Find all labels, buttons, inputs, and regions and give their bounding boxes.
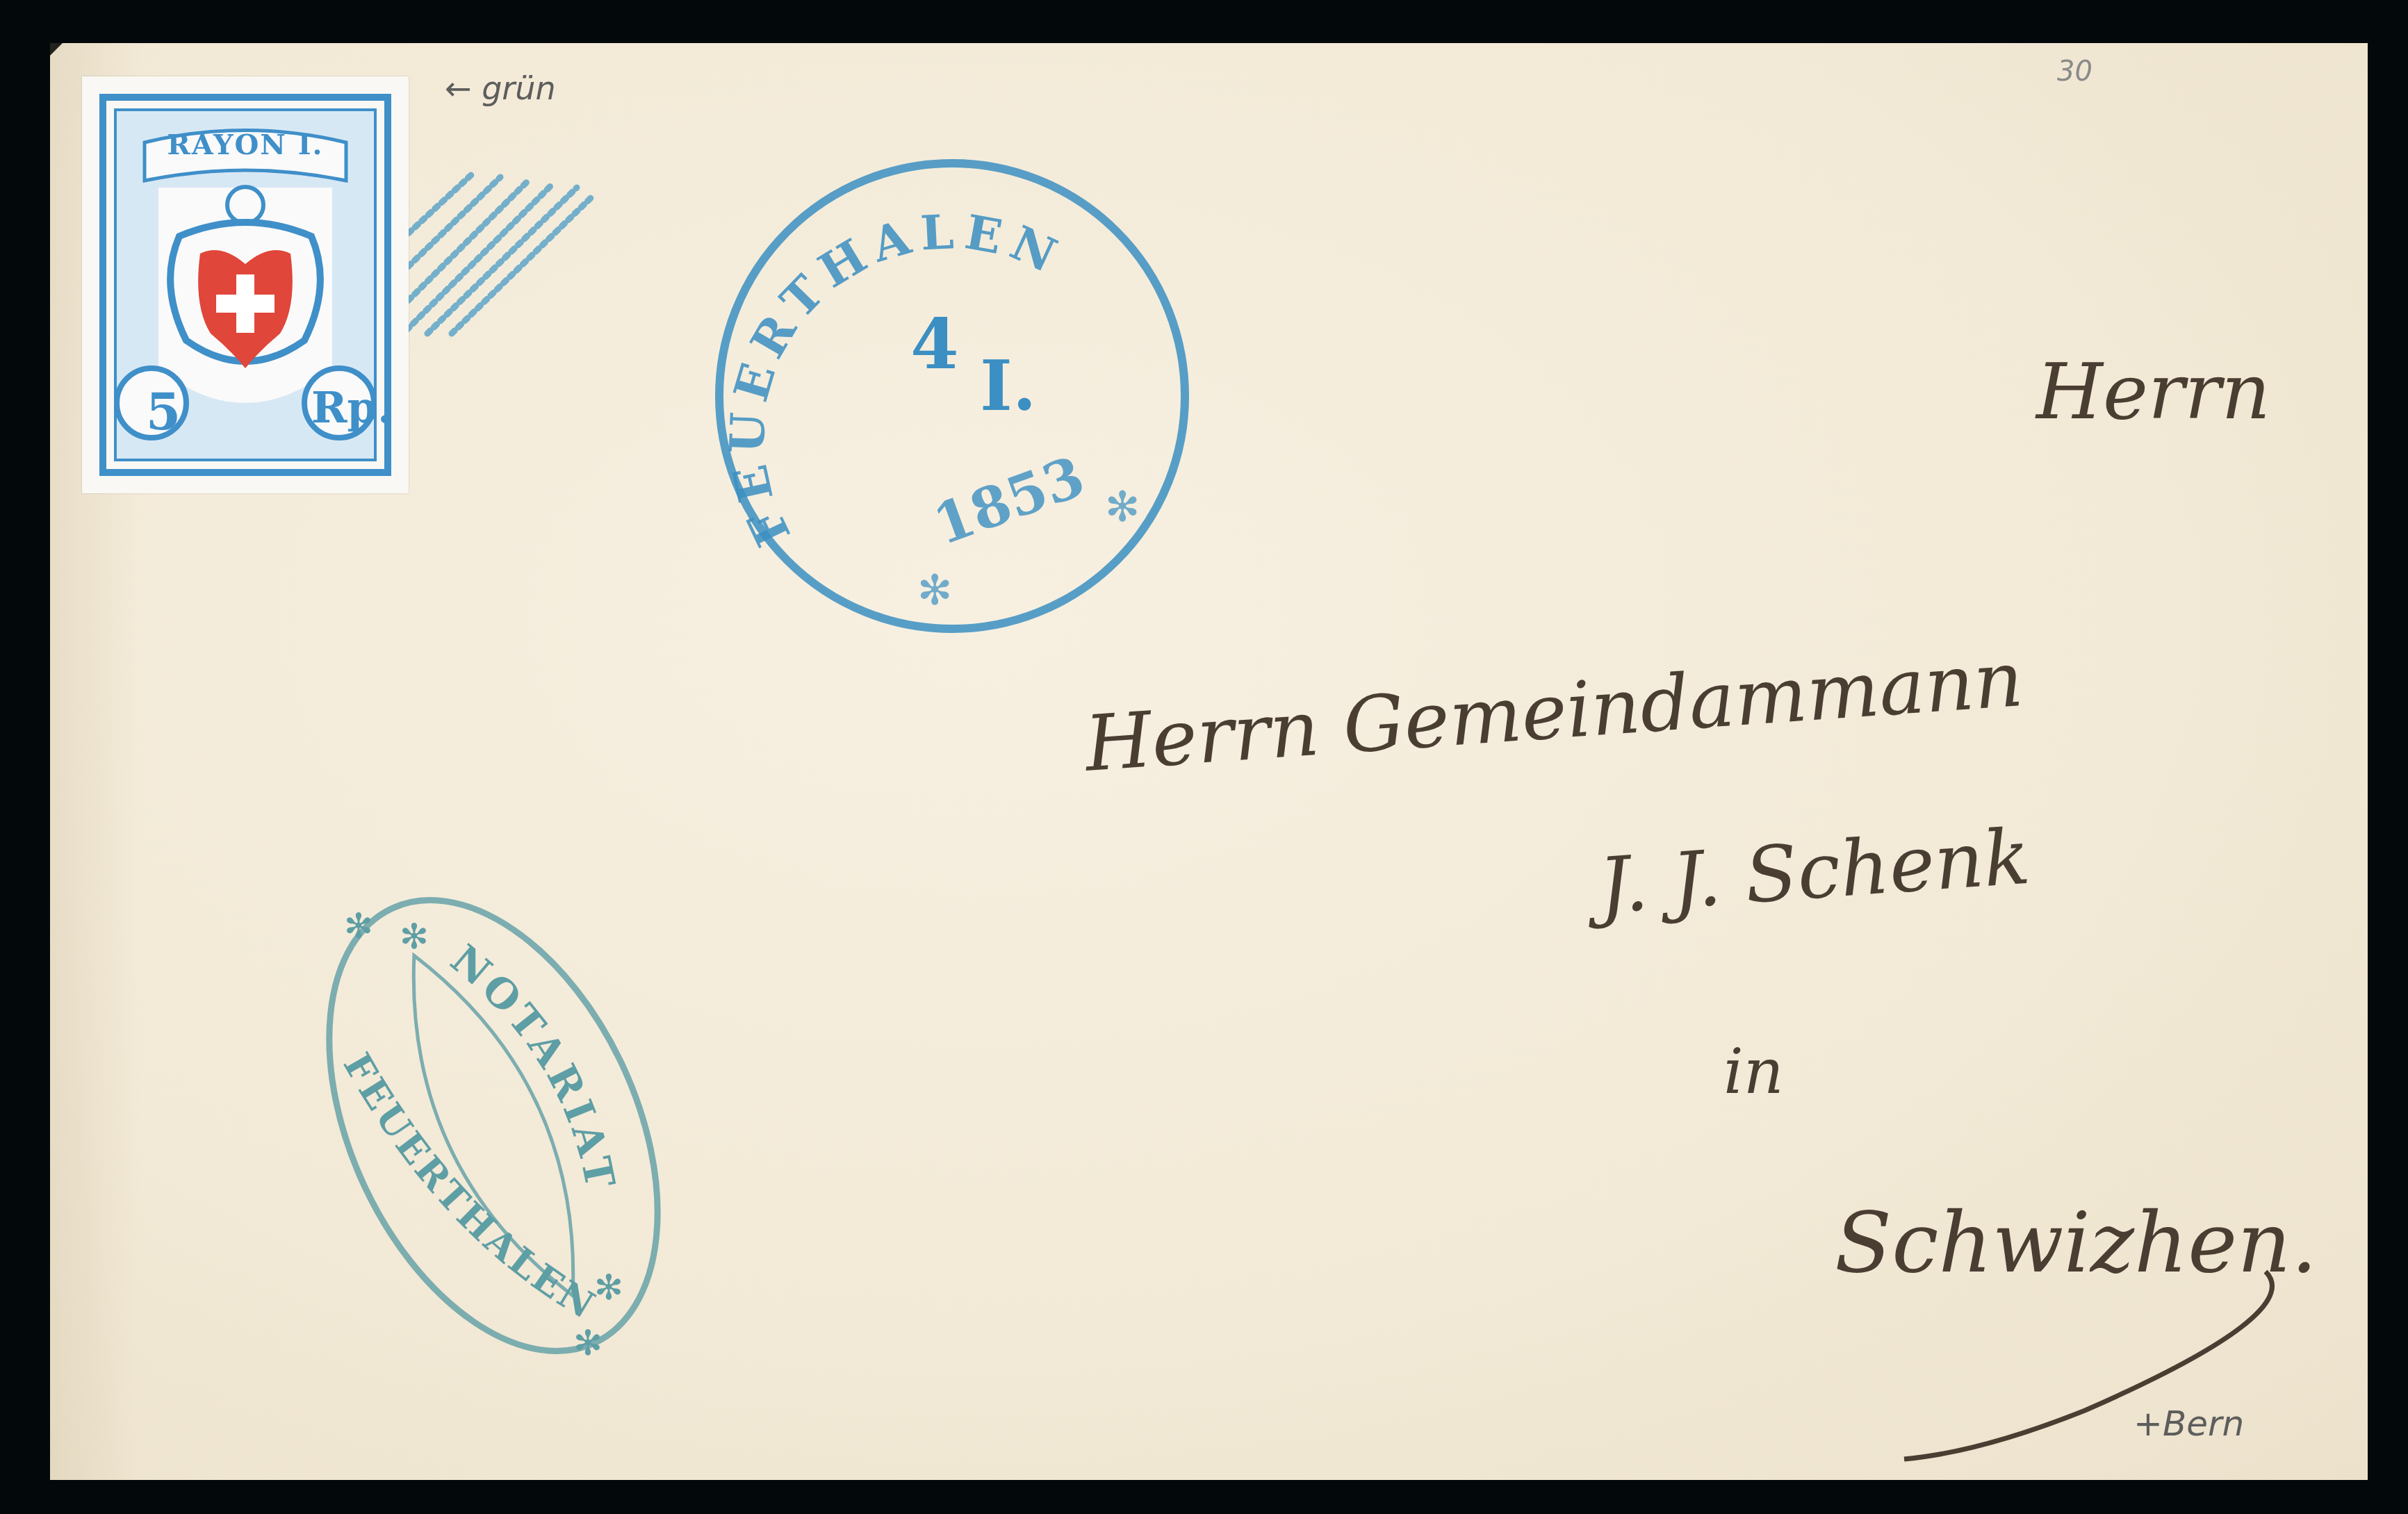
notary-oval-seal: NOTARIAT FEUERTHALEN. ✻ ✻ ✻ ✻ [316, 882, 671, 1369]
address-flourish [1876, 1251, 2293, 1473]
pencil-note-top-left: ← grün [445, 69, 556, 107]
stamp-header-text: RAYON I. [82, 129, 409, 161]
svg-text:✻: ✻ [917, 566, 952, 615]
svg-text:✻: ✻ [1105, 483, 1140, 532]
address-salutation: Herrn [2036, 347, 2270, 436]
svg-text:✻: ✻ [344, 906, 373, 946]
pencil-note-top-right: 30 [2057, 56, 2092, 88]
grid-cancel-mark [375, 160, 598, 340]
stamp-value-currency: Rp. [311, 382, 392, 433]
svg-text:✻: ✻ [594, 1267, 623, 1308]
svg-text:✻: ✻ [573, 1323, 603, 1363]
postmark-month: I. [980, 345, 1037, 427]
postage-stamp: RAYON I. 5 Rp. [82, 76, 409, 493]
postmark-year: 1853 [925, 443, 1092, 557]
stamp-value-number: 5 [146, 382, 181, 441]
circular-date-postmark: FEUERTHALEN 4 I. 1853 ✻ ✻ [702, 146, 1202, 646]
postmark-day: 4 [910, 303, 959, 385]
address-line-3: in [1723, 1035, 1784, 1108]
svg-text:✻: ✻ [400, 916, 429, 957]
